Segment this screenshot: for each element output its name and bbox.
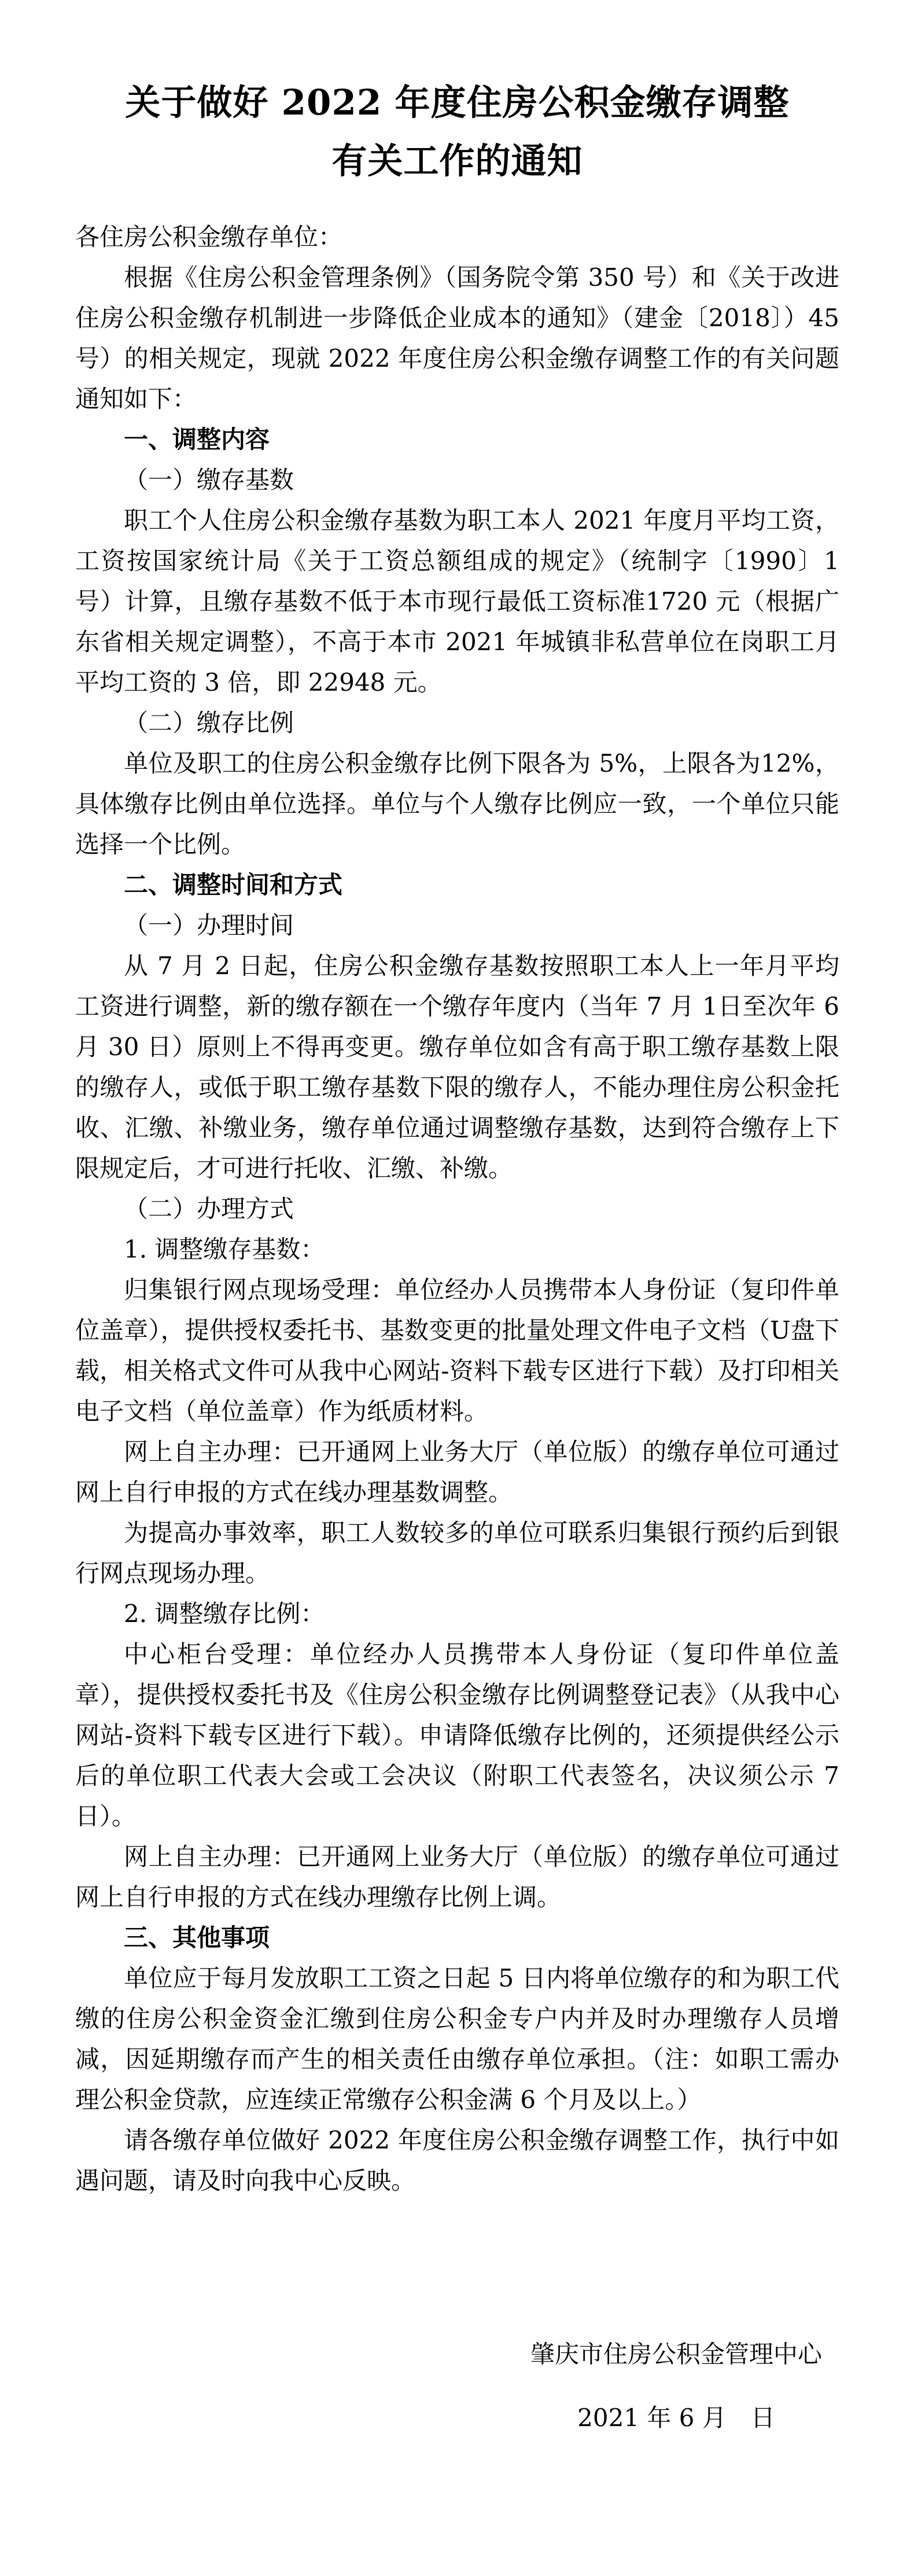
- paragraph-bank-counter: 归集银行网点现场受理：单位经办人员携带本人身份证（复印件单位盖章），提供授权委托…: [75, 1270, 839, 1432]
- paragraph-online-base: 网上自主办理：已开通网上业务大厅（单位版）的缴存单位可通过网上自行申报的方式在线…: [75, 1432, 839, 1513]
- section-heading-3: 三、其他事项: [75, 1918, 839, 1958]
- paragraph-online-ratio: 网上自主办理：已开通网上业务大厅（单位版）的缴存单位可通过网上自行申报的方式在线…: [75, 1837, 839, 1918]
- section-heading-1: 一、调整内容: [75, 419, 839, 460]
- paragraph-deposit-base: 职工个人住房公积金缴存基数为职工本人 2021 年度月平均工资，工资按国家统计局…: [75, 500, 839, 703]
- subheading-2-1: （一）办理时间: [75, 905, 839, 946]
- paragraph-basis: 根据《住房公积金管理条例》（国务院令第 350 号）和《关于改进住房公积金缴存机…: [75, 257, 839, 419]
- paragraph-deposit-ratio: 单位及职工的住房公积金缴存比例下限各为 5%，上限各为12%，具体缴存比例由单位…: [75, 743, 839, 865]
- signature-organization: 肇庆市住房公积金管理中心: [530, 2334, 822, 2375]
- salutation: 各住房公积金缴存单位：: [75, 217, 839, 257]
- subheading-2-2: （二）办理方式: [75, 1189, 839, 1229]
- document-title: 关于做好 2022 年度住房公积金缴存调整 有关工作的通知: [75, 74, 839, 190]
- signature-date: 2021 年 6 月 日: [577, 2398, 775, 2438]
- signature-block: 肇庆市住房公积金管理中心 2021 年 6 月 日: [530, 2334, 822, 2438]
- paragraph-handling-time: 从 7 月 2 日起，住房公积金缴存基数按照职工本人上一年月平均工资进行调整，新…: [75, 946, 839, 1189]
- paragraph-center-counter: 中心柜台受理：单位经办人员携带本人身份证（复印件单位盖章），提供授权委托书及《住…: [75, 1634, 839, 1837]
- paragraph-closing: 请各缴存单位做好 2022 年度住房公积金缴存调整工作，执行中如遇问题，请及时向…: [75, 2120, 839, 2201]
- paragraph-other-matters: 单位应于每月发放职工工资之日起 5 日内将单位缴存的和为职工代缴的住房公积金资金…: [75, 1958, 839, 2120]
- document-title-line2: 有关工作的通知: [75, 132, 839, 191]
- subheading-1-1: （一）缴存基数: [75, 460, 839, 500]
- subheading-1-2: （二）缴存比例: [75, 703, 839, 743]
- subheading-adjust-base: 1. 调整缴存基数：: [75, 1229, 839, 1270]
- notice-document-page: 关于做好 2022 年度住房公积金缴存调整 有关工作的通知 各住房公积金缴存单位…: [0, 0, 918, 2576]
- subheading-adjust-ratio: 2. 调整缴存比例：: [75, 1594, 839, 1634]
- document-title-line1: 关于做好 2022 年度住房公积金缴存调整: [75, 74, 839, 132]
- section-heading-2: 二、调整时间和方式: [75, 865, 839, 905]
- paragraph-efficiency: 为提高办事效率，职工人数较多的单位可联系归集银行预约后到银行网点现场办理。: [75, 1513, 839, 1594]
